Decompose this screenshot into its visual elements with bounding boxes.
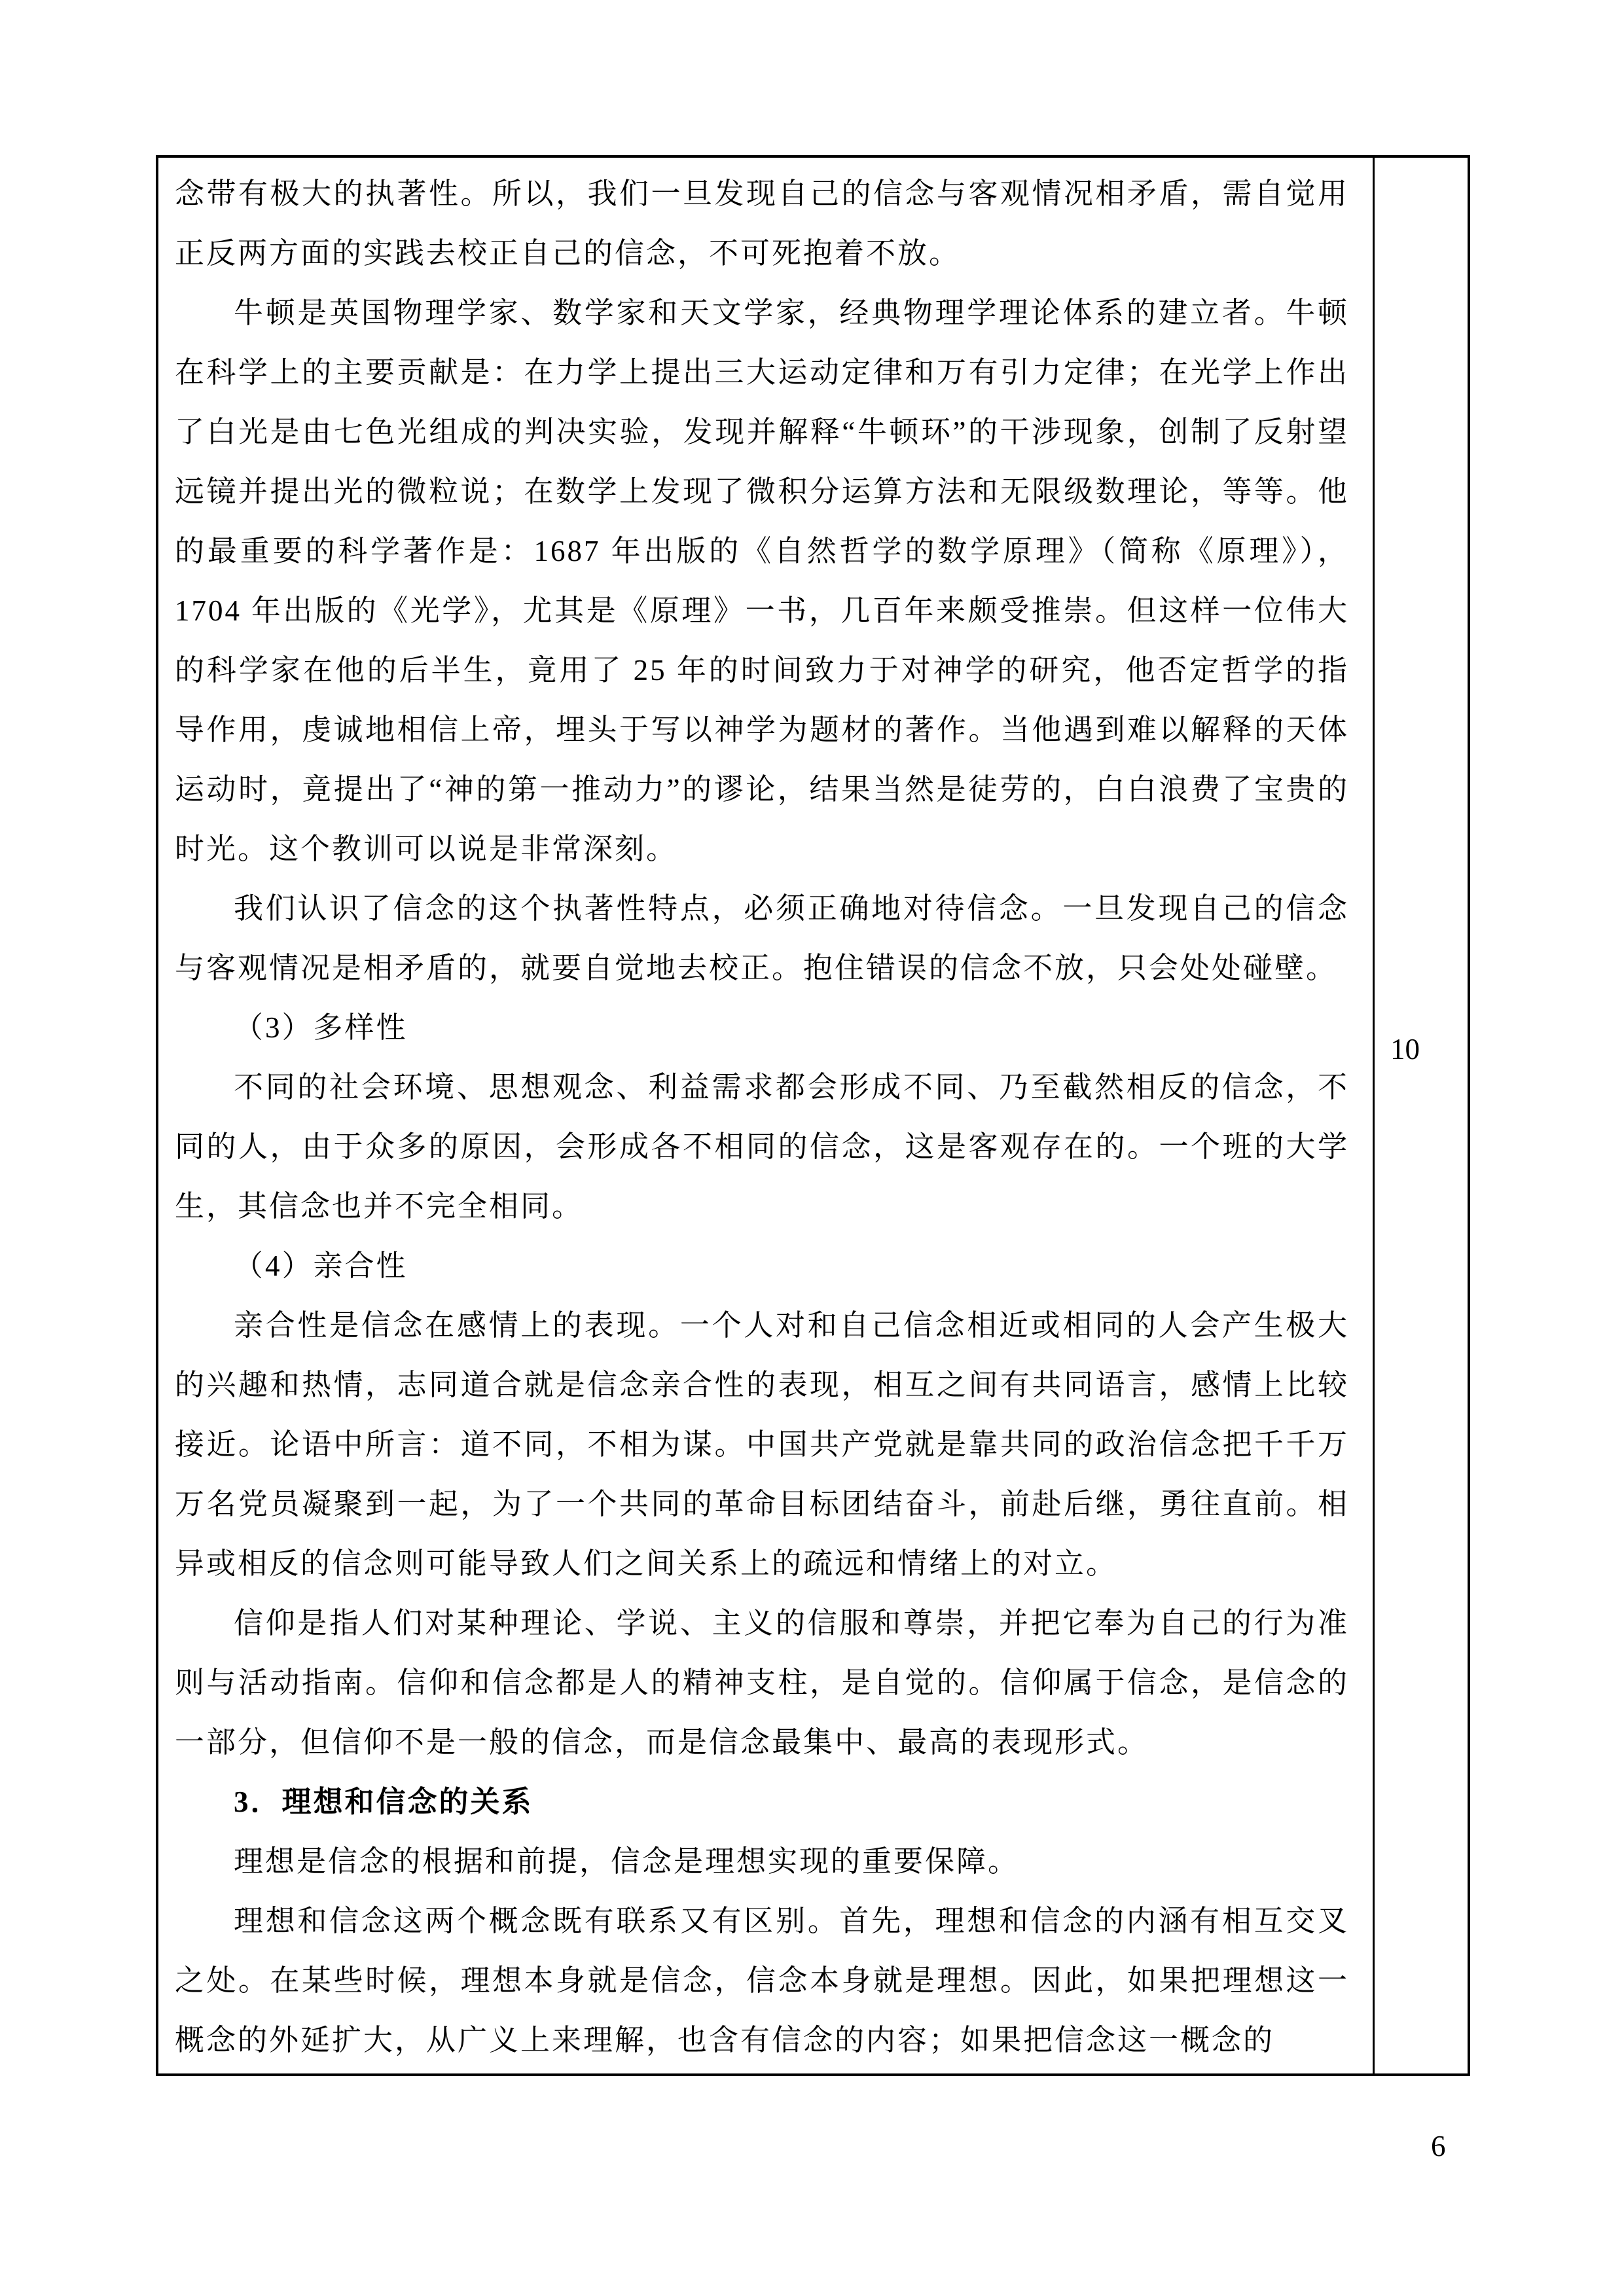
paragraph-diversity: 不同的社会环境、思想观念、利益需求都会形成不同、乃至截然相反的信念，不同的人，由… [175, 1058, 1349, 1236]
paragraph-faith: 信仰是指人们对某种理论、学说、主义的信服和尊崇，并把它奉为自己的行为准则与活动指… [175, 1594, 1349, 1772]
paragraph-affinity: 亲合性是信念在感情上的表现。一个人对和自己信念相近或相同的人会产生极大的兴趣和热… [175, 1296, 1349, 1594]
paragraph-ideal-belief-premise: 理想是信念的根据和前提，信念是理想实现的重要保障。 [175, 1832, 1349, 1892]
paragraph-belief-correction: 我们认识了信念的这个执著性特点，必须正确地对待信念。一旦发现自己的信念与客观情况… [175, 879, 1349, 998]
heading-ideal-belief-relation: 3．理想和信念的关系 [175, 1772, 1349, 1832]
page-number: 6 [1431, 2128, 1446, 2164]
time-column-value: 10 [1390, 1030, 1420, 1069]
paragraph-belief-persistence: 念带有极大的执著性。所以，我们一旦发现自己的信念与客观情况相矛盾，需自觉用正反两… [175, 164, 1349, 283]
time-column-cell: 10 [1375, 158, 1468, 2073]
paragraph-newton: 牛顿是英国物理学家、数学家和天文学家，经典物理学理论体系的建立者。牛顿在科学上的… [175, 283, 1349, 879]
subheading-affinity: （4）亲合性 [175, 1236, 1349, 1296]
subheading-diversity: （3）多样性 [175, 998, 1349, 1058]
main-text-cell: 念带有极大的执著性。所以，我们一旦发现自己的信念与客观情况相矛盾，需自觉用正反两… [158, 158, 1375, 2073]
paragraph-ideal-belief-concepts: 理想和信念这两个概念既有联系又有区别。首先，理想和信念的内涵有相互交叉之处。在某… [175, 1892, 1349, 2070]
lesson-plan-table: 念带有极大的执著性。所以，我们一旦发现自己的信念与客观情况相矛盾，需自觉用正反两… [156, 155, 1470, 2076]
